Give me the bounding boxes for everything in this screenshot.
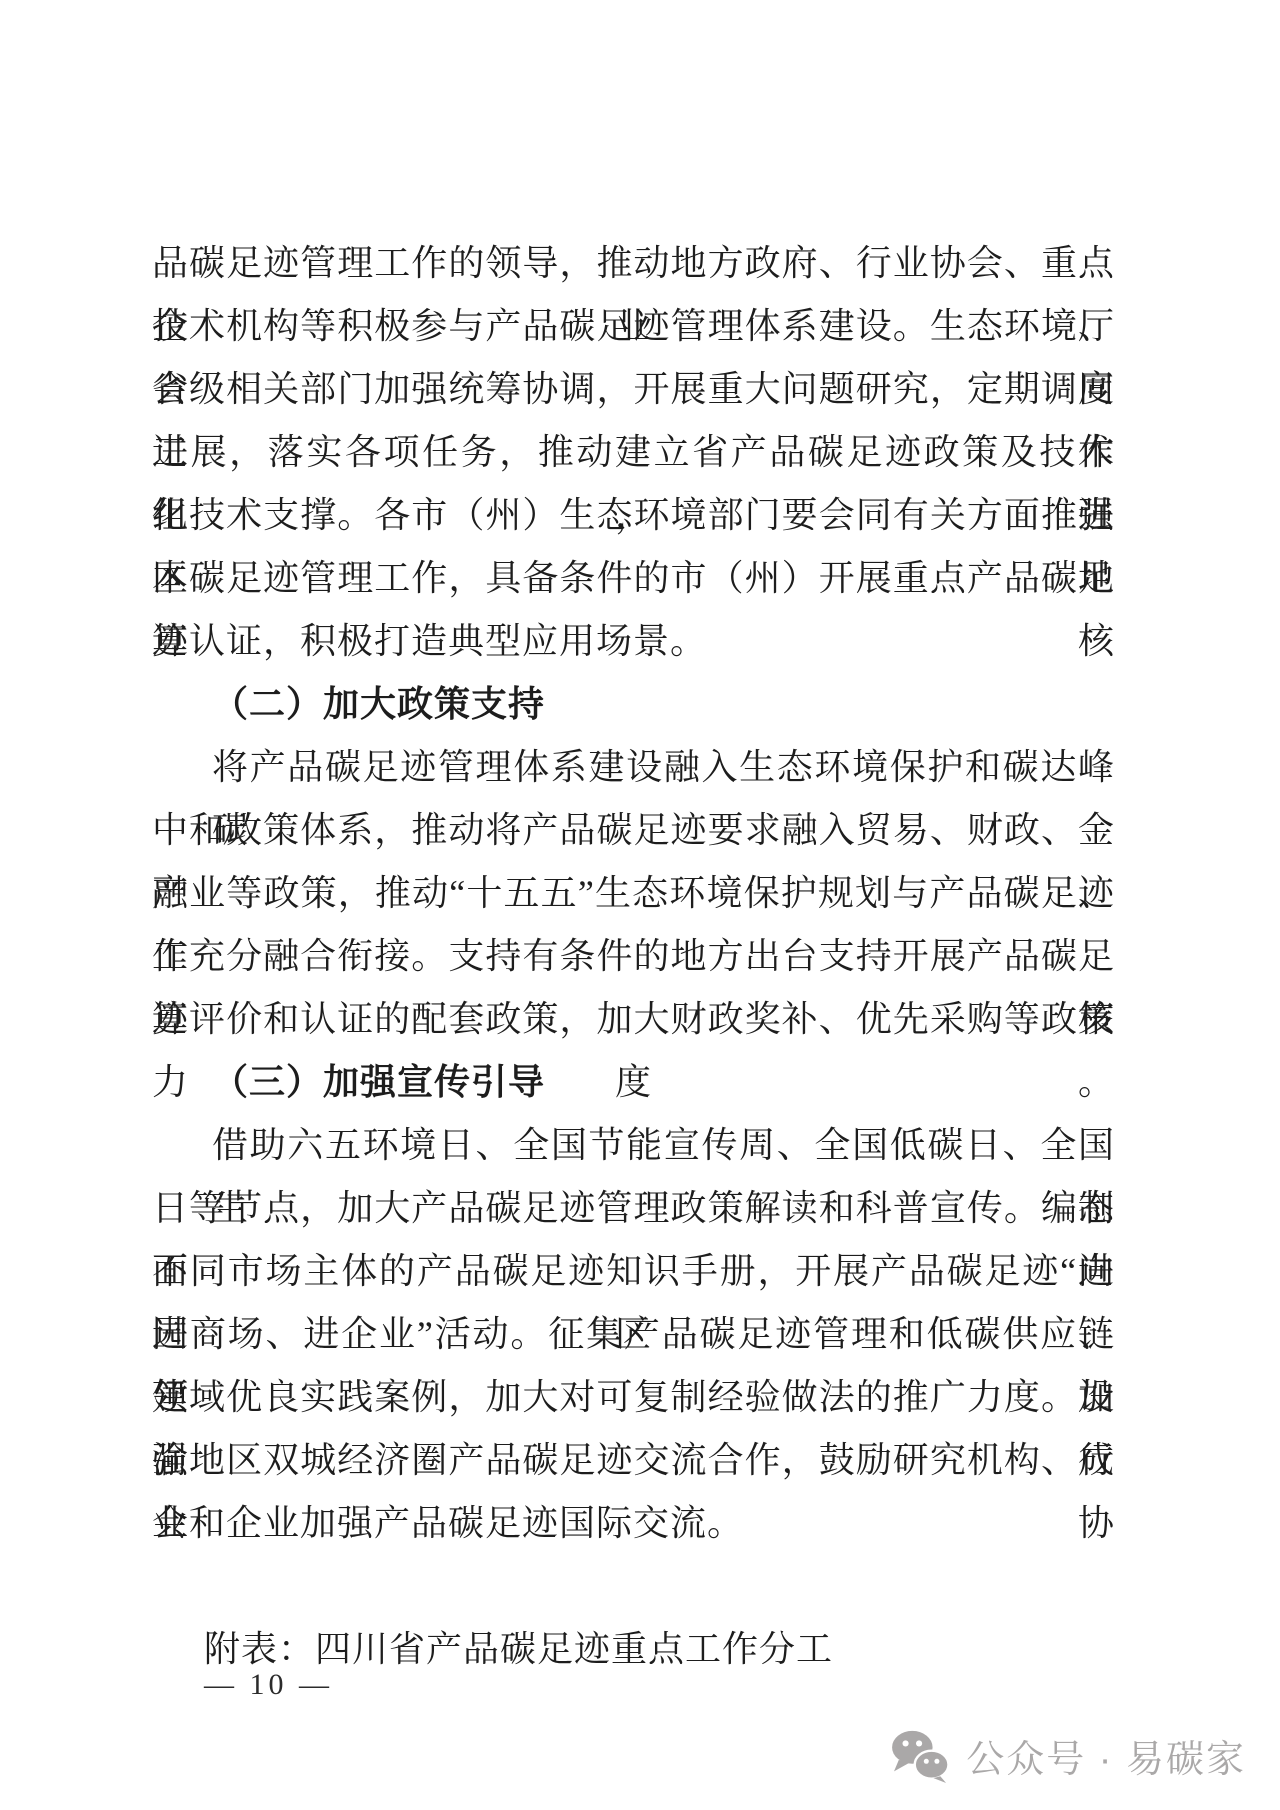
wechat-icon	[890, 1729, 952, 1783]
footer-watermark: 公众号 · 易碳家	[890, 1728, 1246, 1783]
blank-line	[152, 1555, 1115, 1618]
document-line: 区碳足迹管理工作，具备条件的市（州）开展重点产品碳足迹核	[152, 547, 1115, 610]
section-heading: （二）加大政策支持	[152, 673, 1115, 736]
document-line: 中和政策体系，推动将产品碳足迹要求融入贸易、财政、金融、	[152, 799, 1115, 862]
document-line: 算评价和认证的配套政策，加大财政奖补、优先采购等政策力度。	[152, 988, 1115, 1051]
document-line: 进展，落实各项任务，推动建立省产品碳足迹政策及技术组，强	[152, 421, 1115, 484]
document-line: 渝地区双城经济圈产品碳足迹交流合作，鼓励研究机构、行业协	[152, 1429, 1115, 1492]
document-line: 化技术支撑。各市（州）生态环境部门要会同有关方面推进本地	[152, 484, 1115, 547]
document-line: 技术机构等积极参与产品碳足迹管理体系建设。生态环境厅会同	[152, 295, 1115, 358]
watermark-label: 公众号 · 易碳家	[966, 1728, 1246, 1783]
document-page: 品碳足迹管理工作的领导，推动地方政府、行业协会、重点企业、 技术机构等积极参与产…	[0, 0, 1280, 1810]
document-line: 产业等政策，推动“十五五”生态环境保护规划与产品碳足迹工	[152, 862, 1115, 925]
document-line: 将产品碳足迹管理体系建设融入生态环境保护和碳达峰碳	[152, 736, 1115, 799]
document-body: 品碳足迹管理工作的领导，推动地方政府、行业协会、重点企业、 技术机构等积极参与产…	[152, 232, 1115, 1681]
document-line: 省级相关部门加强统筹协调，开展重大问题研究，定期调度工作	[152, 358, 1115, 421]
document-line: 品碳足迹管理工作的领导，推动地方政府、行业协会、重点企业、	[152, 232, 1115, 295]
document-line: 领域优良实践案例，加大对可复制经验做法的推广力度。加强成	[152, 1366, 1115, 1429]
page-number: — 10 —	[204, 1668, 333, 1702]
document-line: 日等节点，加大产品碳足迹管理政策解读和科普宣传。编制面向	[152, 1177, 1115, 1240]
document-line: 进商场、进企业”活动。征集产品碳足迹管理和低碳供应链建设	[152, 1303, 1115, 1366]
document-line: 借助六五环境日、全国节能宣传周、全国低碳日、全国生态	[152, 1114, 1115, 1177]
document-line: 不同市场主体的产品碳足迹知识手册，开展产品碳足迹“进园区、	[152, 1240, 1115, 1303]
document-line: 作充分融合衔接。支持有条件的地方出台支持开展产品碳足迹核	[152, 925, 1115, 988]
